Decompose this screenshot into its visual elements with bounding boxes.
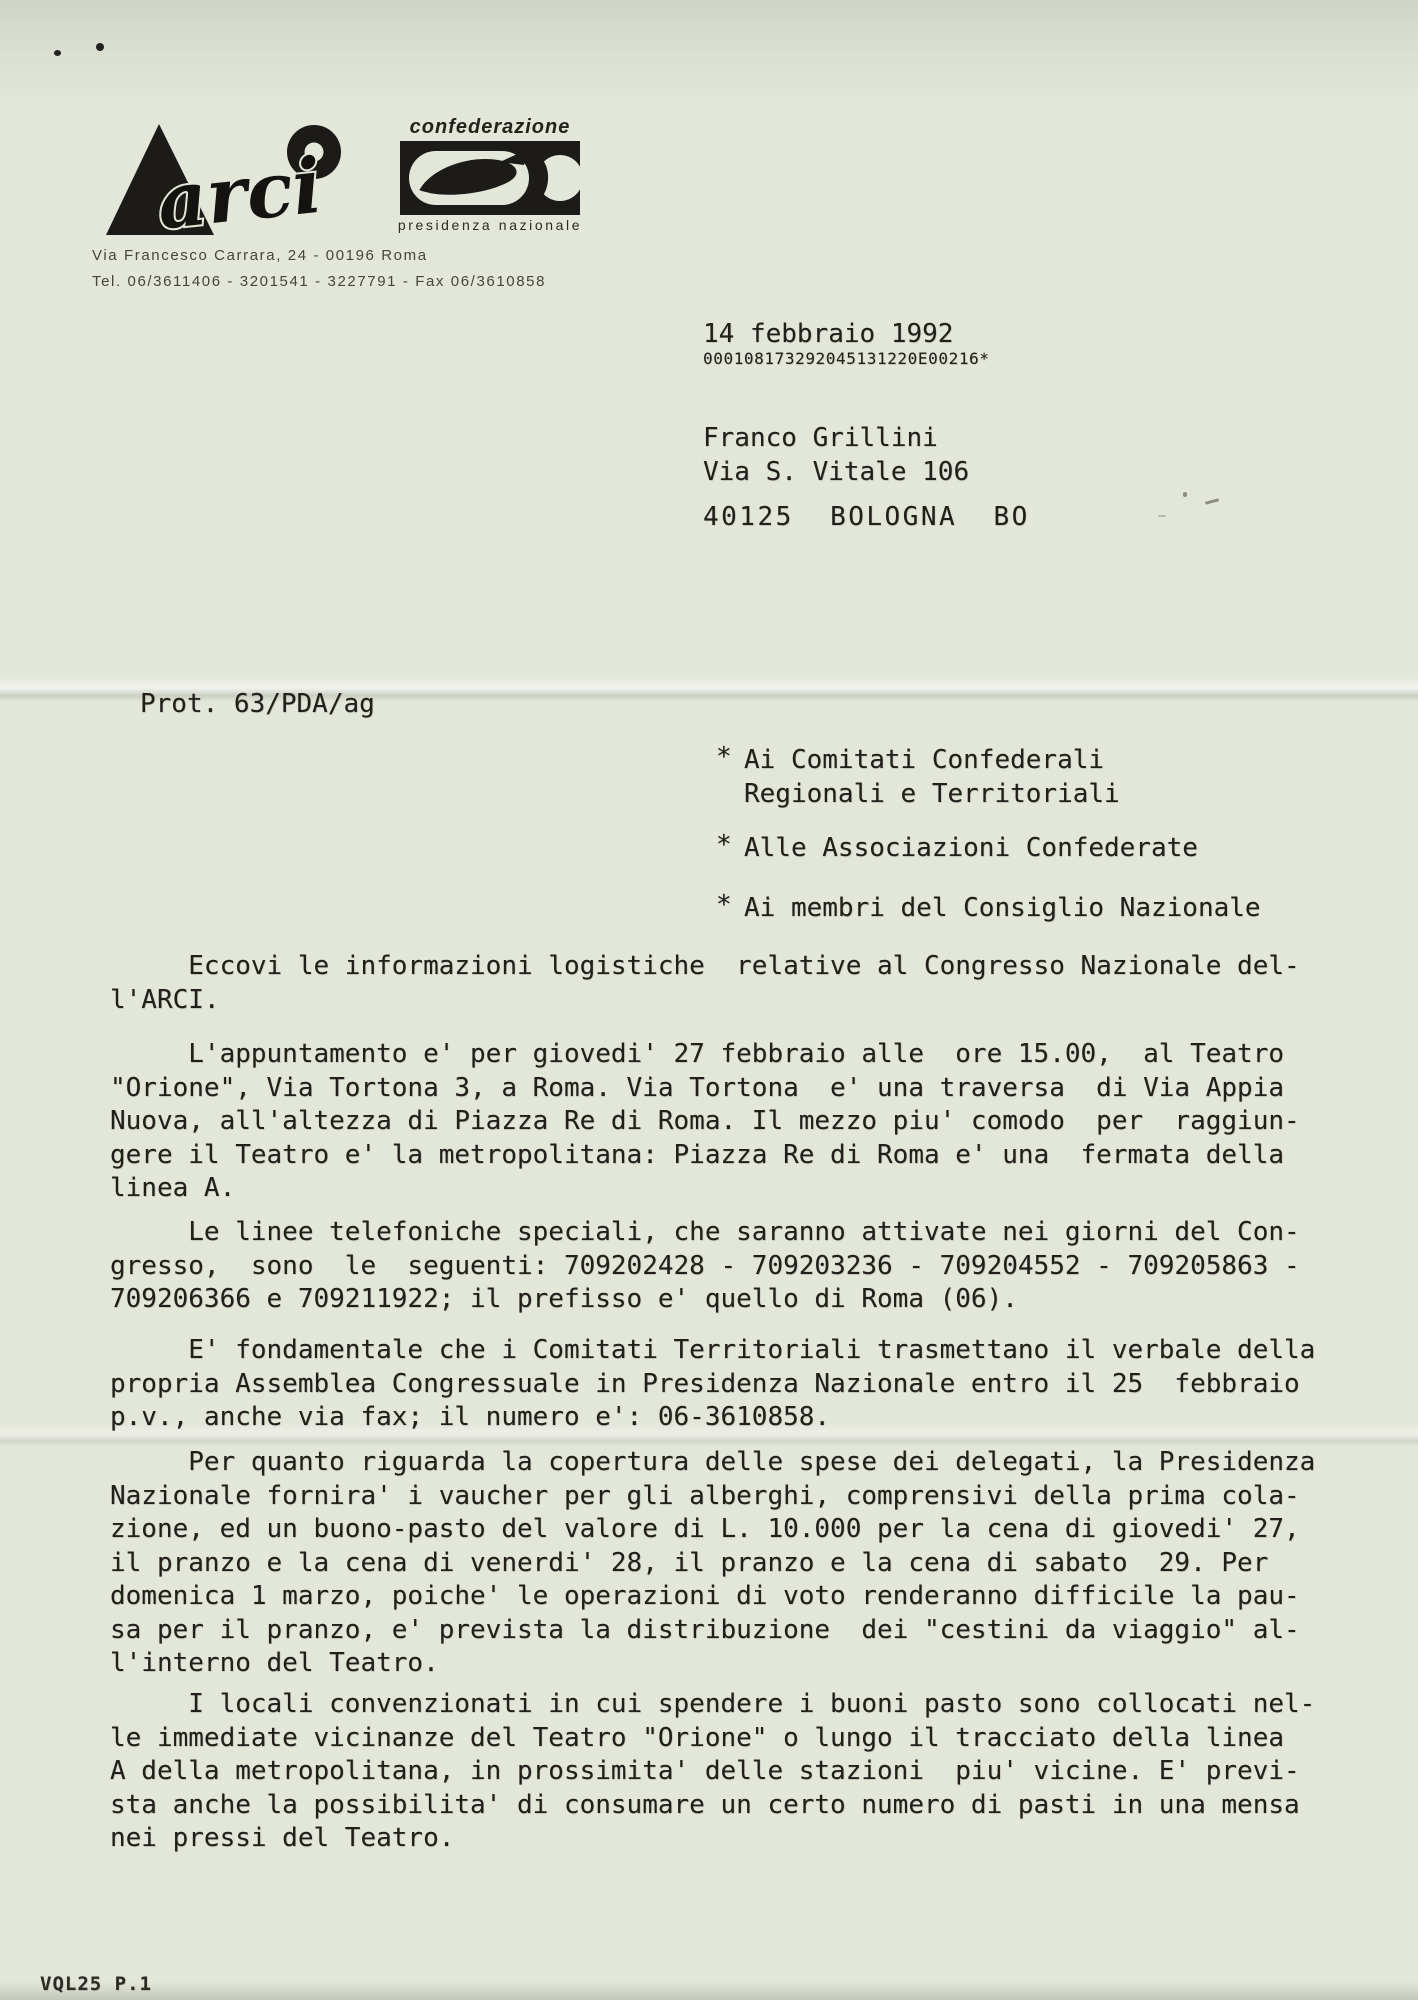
letter-date: 14 febbraio 1992	[703, 318, 953, 352]
confederazione-label: confederazione	[397, 116, 583, 139]
addressee-item: * Ai Comitati ConfederaliRegionali e Ter…	[716, 744, 1356, 814]
text-line: gresso, sono le seguenti: 709202428 - 70…	[110, 1250, 1300, 1284]
machine-code: 000108173292045131220E00216*	[703, 350, 990, 368]
text-line: Alle Associazioni Confederate	[744, 832, 1198, 866]
addressee-text: Ai membri del Consiglio Nazionale	[744, 892, 1261, 926]
text-line: p.v., anche via fax; il numero e': 06-36…	[110, 1401, 1315, 1435]
text-line: gere il Teatro e' la metropolitana: Piaz…	[110, 1139, 1300, 1173]
text-line: sta anche la possibilita' di consumare u…	[110, 1789, 1315, 1823]
text-line: E' fondamentale che i Comitati Territori…	[110, 1334, 1315, 1368]
protocol-number: Prot. 63/PDA/ag	[140, 688, 375, 722]
pencil-mark	[1183, 492, 1187, 497]
text-line: le immediate vicinanze del Teatro "Orion…	[110, 1722, 1315, 1756]
text-line: l'ARCI.	[110, 984, 1300, 1018]
letterhead-address: Via Francesco Carrara, 24 - 00196 Roma	[92, 247, 428, 264]
text-line: Le linee telefoniche speciali, che saran…	[110, 1216, 1300, 1250]
letterhead-phone: Tel. 06/3611406 - 3201541 - 3227791 - Fa…	[92, 273, 546, 290]
text-line: zione, ed un buono-pasto del valore di L…	[110, 1513, 1315, 1547]
pencil-mark	[1205, 498, 1219, 505]
asterisk-marker: *	[716, 741, 732, 775]
text-line: 709206366 e 709211922; il prefisso e' qu…	[110, 1283, 1300, 1317]
body-paragraph-5: Per quanto riguarda la copertura delle s…	[110, 1446, 1315, 1681]
text-line: "Orione", Via Tortona 3, a Roma. Via Tor…	[110, 1072, 1300, 1106]
text-line: sa per il pranzo, e' prevista la distrib…	[110, 1614, 1315, 1648]
text-line: Nazionale fornira' i vaucher per gli alb…	[110, 1480, 1315, 1514]
confederazione-logo: confederazione presidenza nazionale	[397, 116, 583, 233]
text-line: domenica 1 marzo, poiche' le operazioni …	[110, 1580, 1315, 1614]
text-line: Per quanto riguarda la copertura delle s…	[110, 1446, 1315, 1480]
text-line: propria Assemblea Congressuale in Presid…	[110, 1368, 1315, 1402]
text-line: Ai Comitati Confederali	[744, 744, 1120, 778]
presidenza-label: presidenza nazionale	[397, 217, 583, 233]
addressee-item: * Ai membri del Consiglio Nazionale	[716, 892, 1376, 928]
body-paragraph-1: Eccovi le informazioni logistiche relati…	[110, 950, 1300, 1017]
arci-logo-text: arci	[153, 141, 326, 244]
body-paragraph-6: I locali convenzionati in cui spendere i…	[110, 1688, 1315, 1856]
text-line: L'appuntamento e' per giovedi' 27 febbra…	[110, 1038, 1300, 1072]
recipient-name: Franco Grillini	[703, 422, 938, 456]
text-line: il pranzo e la cena di venerdi' 28, il p…	[110, 1547, 1315, 1581]
text-line: I locali convenzionati in cui spendere i…	[110, 1688, 1315, 1722]
recipient-street: Via S. Vitale 106	[703, 456, 969, 490]
text-line: nei pressi del Teatro.	[110, 1822, 1315, 1856]
arci-logo: arci	[92, 92, 362, 244]
addressee-text: Alle Associazioni Confederate	[744, 832, 1198, 866]
text-line: l'interno del Teatro.	[110, 1647, 1315, 1681]
body-paragraph-3: Le linee telefoniche speciali, che saran…	[110, 1216, 1300, 1317]
recipient-city: 40125 BOLOGNA BO	[703, 501, 1030, 535]
confederazione-mark-icon	[400, 141, 580, 215]
text-line: Regionali e Territoriali	[744, 778, 1120, 812]
letter-page: arci confederazione presidenza nazionale…	[0, 0, 1418, 2000]
footer-code: VQL25 P.1	[40, 1968, 152, 2000]
text-line: linea A.	[110, 1172, 1300, 1206]
text-line: Ai membri del Consiglio Nazionale	[744, 892, 1261, 926]
body-paragraph-2: L'appuntamento e' per giovedi' 27 febbra…	[110, 1038, 1300, 1206]
addressee-item: * Alle Associazioni Confederate	[716, 832, 1356, 868]
paper-speck	[54, 50, 61, 56]
text-line: A della metropolitana, in prossimita' de…	[110, 1755, 1315, 1789]
asterisk-marker: *	[716, 829, 732, 863]
text-line: Nuova, all'altezza di Piazza Re di Roma.…	[110, 1105, 1300, 1139]
paper-speck	[96, 43, 104, 51]
addressee-text: Ai Comitati ConfederaliRegionali e Terri…	[744, 744, 1120, 811]
scan-shade-bottom	[0, 1982, 1418, 2000]
body-paragraph-4: E' fondamentale che i Comitati Territori…	[110, 1334, 1315, 1435]
asterisk-marker: *	[716, 889, 732, 923]
text-line: Eccovi le informazioni logistiche relati…	[110, 950, 1300, 984]
pencil-mark	[1158, 515, 1166, 517]
